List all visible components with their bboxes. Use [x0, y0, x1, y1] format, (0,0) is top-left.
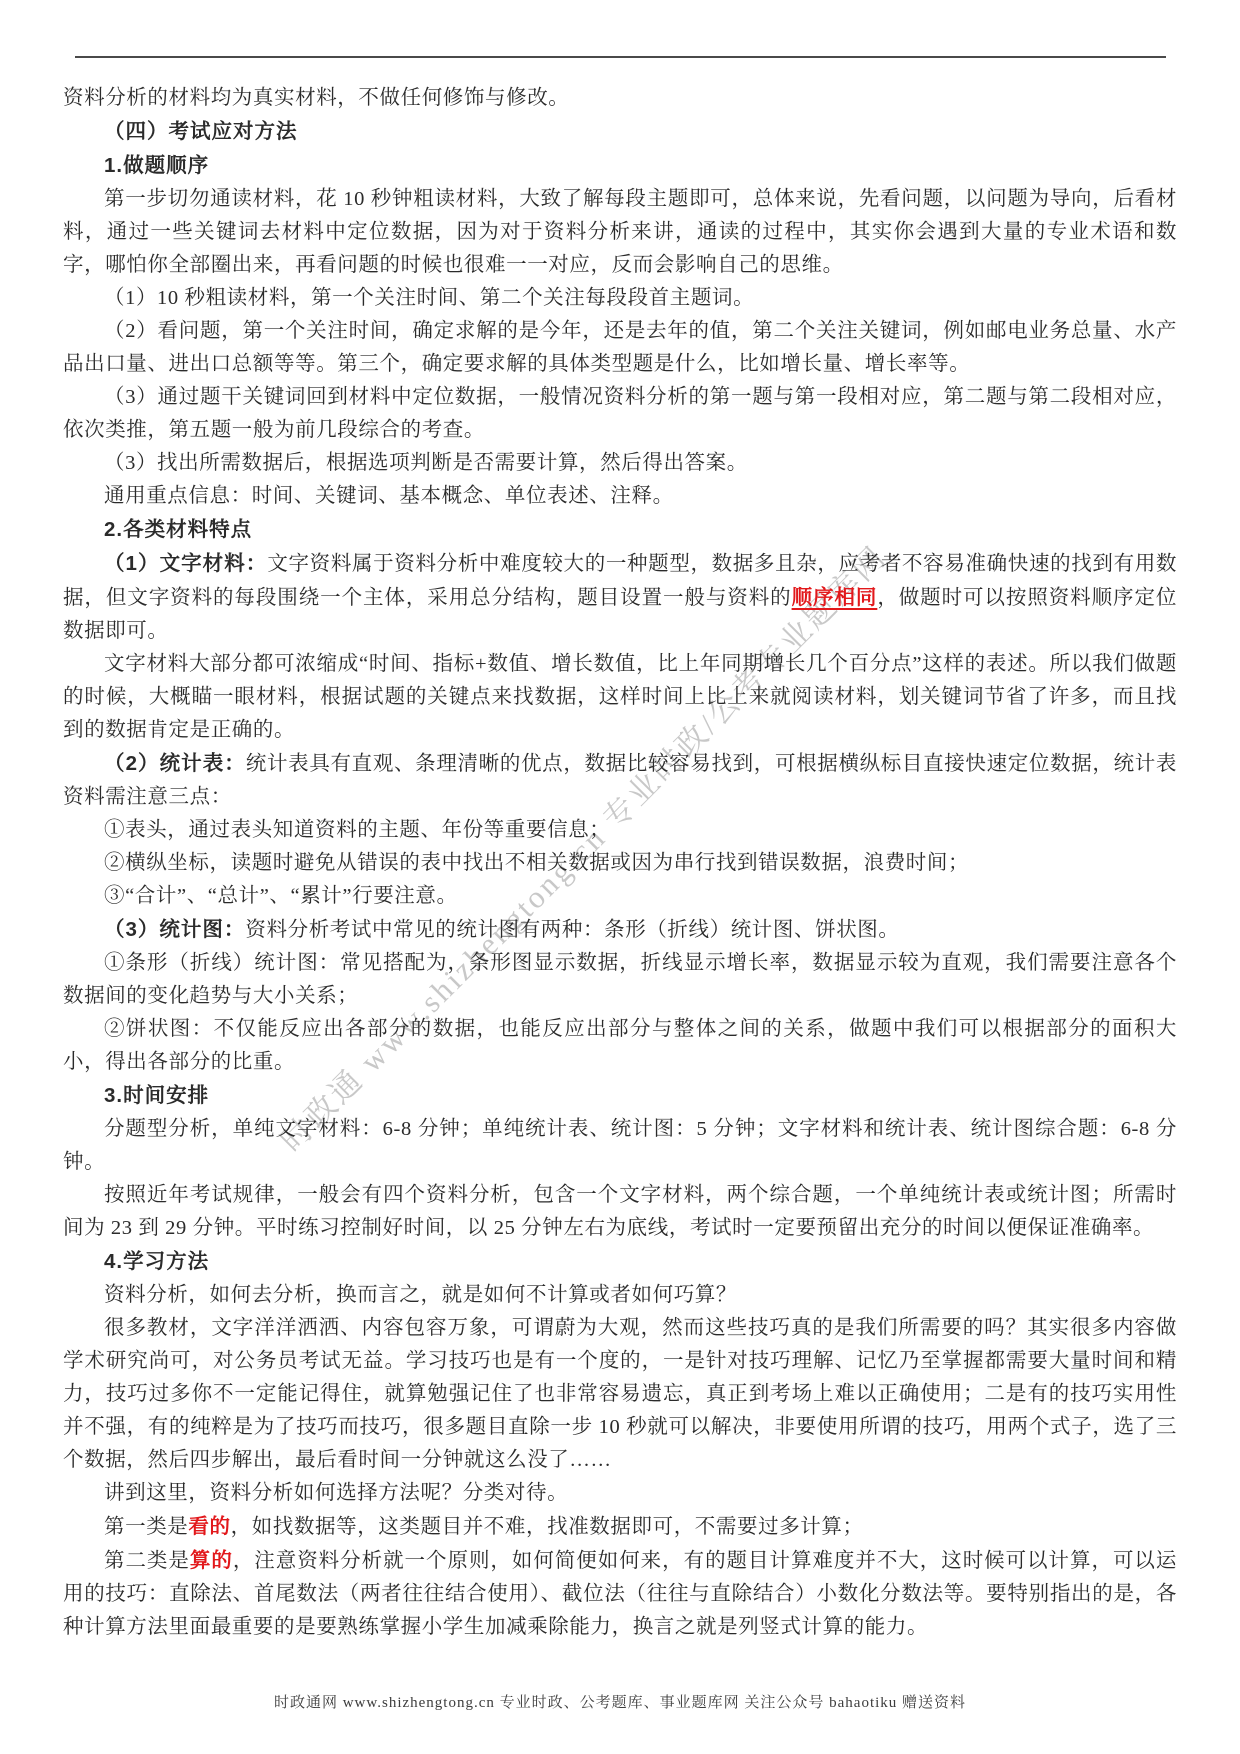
section-heading: 2.各类材料特点 [63, 513, 1177, 547]
text-run: 文字材料大部分都可浓缩成“时间、指标+数值、增长数值，比上年同期增长几个百分点”… [63, 653, 1177, 741]
text-run: ②饼状图：不仅能反应出各部分的数据，也能反应出部分与整体之间的关系，做题中我们可… [63, 1018, 1177, 1073]
text-run: ②横纵坐标，读题时避免从错误的表中找出不相关数据或因为串行找到错误数据，浪费时间… [104, 852, 969, 874]
page-footer: 时政通网 www.shizhengtong.cn 专业时政、公考题库、事业题库网… [0, 1691, 1240, 1712]
text-run: （3）找出所需数据后，根据选项判断是否需要计算，然后得出答案。 [104, 452, 748, 474]
paragraph: ②饼状图：不仅能反应出各部分的数据，也能反应出部分与整体之间的关系，做题中我们可… [63, 1013, 1177, 1079]
text-run: 分题型分析，单纯文字材料：6-8 分钟；单纯统计表、统计图：5 分钟；文字材料和… [63, 1118, 1177, 1173]
paragraph: （2）统计表：统计表具有直观、条理清晰的优点，数据比较容易找到，可根据横纵标目直… [63, 747, 1177, 814]
text-run: （2）看问题，第一个关注时间，确定求解的是今年，还是去年的值，第二个关注关键词，… [63, 320, 1177, 375]
text-run: 第一类是 [104, 1516, 188, 1538]
paragraph: （3）找出所需数据后，根据选项判断是否需要计算，然后得出答案。 [63, 447, 1177, 480]
document-body: 资料分析的材料均为真实材料，不做任何修饰与修改。（四）考试应对方法1.做题顺序第… [63, 82, 1177, 1644]
text-run: ③“合计”、“总计”、“累计”行要注意。 [104, 885, 458, 907]
paragraph: 按照近年考试规律，一般会有四个资料分析，包含一个文字材料，两个综合题，一个单纯统… [63, 1179, 1177, 1245]
text-run: ，如找数据等，这类题目并不难，找准数据即可，不需要过多计算； [231, 1516, 864, 1538]
paragraph: （2）看问题，第一个关注时间，确定求解的是今年，还是去年的值，第二个关注关键词，… [63, 315, 1177, 381]
text-run: 按照近年考试规律，一般会有四个资料分析，包含一个文字材料，两个综合题，一个单纯统… [63, 1184, 1177, 1239]
section-heading: （四）考试应对方法 [63, 115, 1177, 149]
paragraph: 第一类是看的，如找数据等，这类题目并不难，找准数据即可，不需要过多计算； [63, 1510, 1177, 1544]
bold-label: （1）文字材料： [104, 552, 267, 575]
section-heading: 3.时间安排 [63, 1079, 1177, 1113]
heading-text: 1.做题顺序 [104, 154, 209, 177]
paragraph: 第一步切勿通读材料，花 10 秒钟粗读材料，大致了解每段主题即可，总体来说，先看… [63, 183, 1177, 282]
text-run: 资料分析考试中常见的统计图有两种：条形（折线）统计图、饼状图。 [245, 919, 899, 941]
section-heading: 1.做题顺序 [63, 149, 1177, 183]
paragraph: 讲到这里，资料分析如何选择方法呢？分类对待。 [63, 1477, 1177, 1510]
document-page: 时政通 www.shizhengtong.cn 专业时政/公考专业题库网 资料分… [0, 0, 1240, 1754]
heading-text: 4.学习方法 [104, 1250, 209, 1273]
paragraph: 文字材料大部分都可浓缩成“时间、指标+数值、增长数值，比上年同期增长几个百分点”… [63, 648, 1177, 747]
text-run: 讲到这里，资料分析如何选择方法呢？分类对待。 [104, 1482, 568, 1504]
paragraph: ①表头，通过表头知道资料的主题、年份等重要信息； [63, 814, 1177, 847]
paragraph: ③“合计”、“总计”、“累计”行要注意。 [63, 880, 1177, 913]
text-run: （3）通过题干关键词回到材料中定位数据，一般情况资料分析的第一题与第一段相对应，… [63, 386, 1177, 441]
paragraph: ①条形（折线）统计图：常见搭配为，条形图显示数据，折线显示增长率，数据显示较为直… [63, 947, 1177, 1013]
paragraph: （3）统计图：资料分析考试中常见的统计图有两种：条形（折线）统计图、饼状图。 [63, 913, 1177, 947]
paragraph: （1）文字材料：文字资料属于资料分析中难度较大的一种题型，数据多且杂，应考者不容… [63, 547, 1177, 648]
header-rule [75, 56, 1166, 58]
paragraph: ②横纵坐标，读题时避免从错误的表中找出不相关数据或因为串行找到错误数据，浪费时间… [63, 847, 1177, 880]
heading-text: 2.各类材料特点 [104, 518, 252, 541]
text-run: 资料分析，如何去分析，换而言之，就是如何不计算或者如何巧算？ [104, 1284, 737, 1306]
section-heading: 4.学习方法 [63, 1245, 1177, 1279]
red-highlight: 看的 [188, 1515, 230, 1538]
red-highlight-underlined: 顺序相同 [792, 586, 878, 609]
text-run: 很多教材，文字洋洋洒洒、内容包容万象，可谓蔚为大观，然而这些技巧真的是我们所需要… [63, 1317, 1177, 1471]
paragraph: 分题型分析，单纯文字材料：6-8 分钟；单纯统计表、统计图：5 分钟；文字材料和… [63, 1113, 1177, 1179]
heading-text: （四）考试应对方法 [104, 120, 298, 143]
paragraph: 资料分析，如何去分析，换而言之，就是如何不计算或者如何巧算？ [63, 1279, 1177, 1312]
text-run: ①条形（折线）统计图：常见搭配为，条形图显示数据，折线显示增长率，数据显示较为直… [63, 952, 1177, 1007]
text-run: 第二类是 [104, 1550, 190, 1572]
paragraph: （3）通过题干关键词回到材料中定位数据，一般情况资料分析的第一题与第一段相对应，… [63, 381, 1177, 447]
text-run: ①表头，通过表头知道资料的主题、年份等重要信息； [104, 819, 610, 841]
paragraph: 第二类是算的，注意资料分析就一个原则，如何简便如何来，有的题目计算难度并不大，这… [63, 1544, 1177, 1644]
text-run: （1）10 秒粗读材料，第一个关注时间、第二个关注每段段首主题词。 [104, 287, 754, 309]
text-run: 第一步切勿通读材料，花 10 秒钟粗读材料，大致了解每段主题即可，总体来说，先看… [63, 188, 1177, 276]
bold-label: （3）统计图： [104, 918, 245, 941]
red-highlight: 算的 [190, 1549, 233, 1572]
paragraph: 很多教材，文字洋洋洒洒、内容包容万象，可谓蔚为大观，然而这些技巧真的是我们所需要… [63, 1312, 1177, 1477]
text-run: 资料分析的材料均为真实材料，不做任何修饰与修改。 [63, 87, 569, 109]
text-run: 通用重点信息：时间、关键词、基本概念、单位表述、注释。 [104, 485, 674, 507]
paragraph: 资料分析的材料均为真实材料，不做任何修饰与修改。 [63, 82, 1177, 115]
bold-label: （2）统计表： [104, 752, 246, 775]
paragraph: （1）10 秒粗读材料，第一个关注时间、第二个关注每段段首主题词。 [63, 282, 1177, 315]
heading-text: 3.时间安排 [104, 1084, 209, 1107]
paragraph: 通用重点信息：时间、关键词、基本概念、单位表述、注释。 [63, 480, 1177, 513]
